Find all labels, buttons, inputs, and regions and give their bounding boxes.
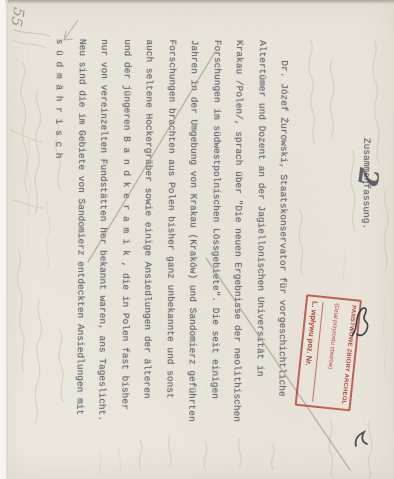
typewritten-line: Jahren in der Umgebung von Krakau (Krakó… <box>180 32 205 460</box>
scan-left-margin <box>0 0 8 479</box>
typewritten-line: Altertümer und Dozent an der Jagiellonis… <box>248 32 273 460</box>
typewritten-line: s ü d m ä h r i s c h <box>45 31 70 459</box>
document-paragraph: Dr. Józef Żurowski, Staatskonservator fü… <box>45 31 295 461</box>
typewritten-line: Forschungen im südwestpolnischen Lössgeb… <box>203 32 228 460</box>
typewritten-line: Dr. Józef Żurowski, Staatskonservator fü… <box>270 32 295 460</box>
page-number-handwritten: 2 <box>351 166 384 188</box>
typewritten-line: Forschungen brachten aus Polen bisher ga… <box>158 31 183 459</box>
stamp-department-line: (Dział przyrostu zbiorów) <box>323 303 340 403</box>
typewritten-line: auch seltene Hockergräber sowie einige A… <box>135 31 160 459</box>
scanned-document-photo: Zusammenfassung. Dr. Józef Żurowski, Sta… <box>0 0 394 479</box>
typewritten-line: nur von vereinzelten Fundstätten her bek… <box>90 31 115 459</box>
document-heading: Zusammenfassung. <box>353 33 378 461</box>
corner-annotation-handwritten: 55 <box>7 6 28 28</box>
accession-stamp: PAŃSTWOWE ZBIORY ARCHEOLOGICZNE (Dział p… <box>295 294 362 411</box>
typewritten-line: und der jüngeren B a n d k e r a m i k ,… <box>113 31 138 459</box>
typewritten-line: Krakau /Polen/, sprach über "Die neuen E… <box>225 32 250 460</box>
typewritten-line: Neu sind die im Gebiete von Sandomierz e… <box>68 31 93 459</box>
paper-top-edge <box>0 0 394 4</box>
